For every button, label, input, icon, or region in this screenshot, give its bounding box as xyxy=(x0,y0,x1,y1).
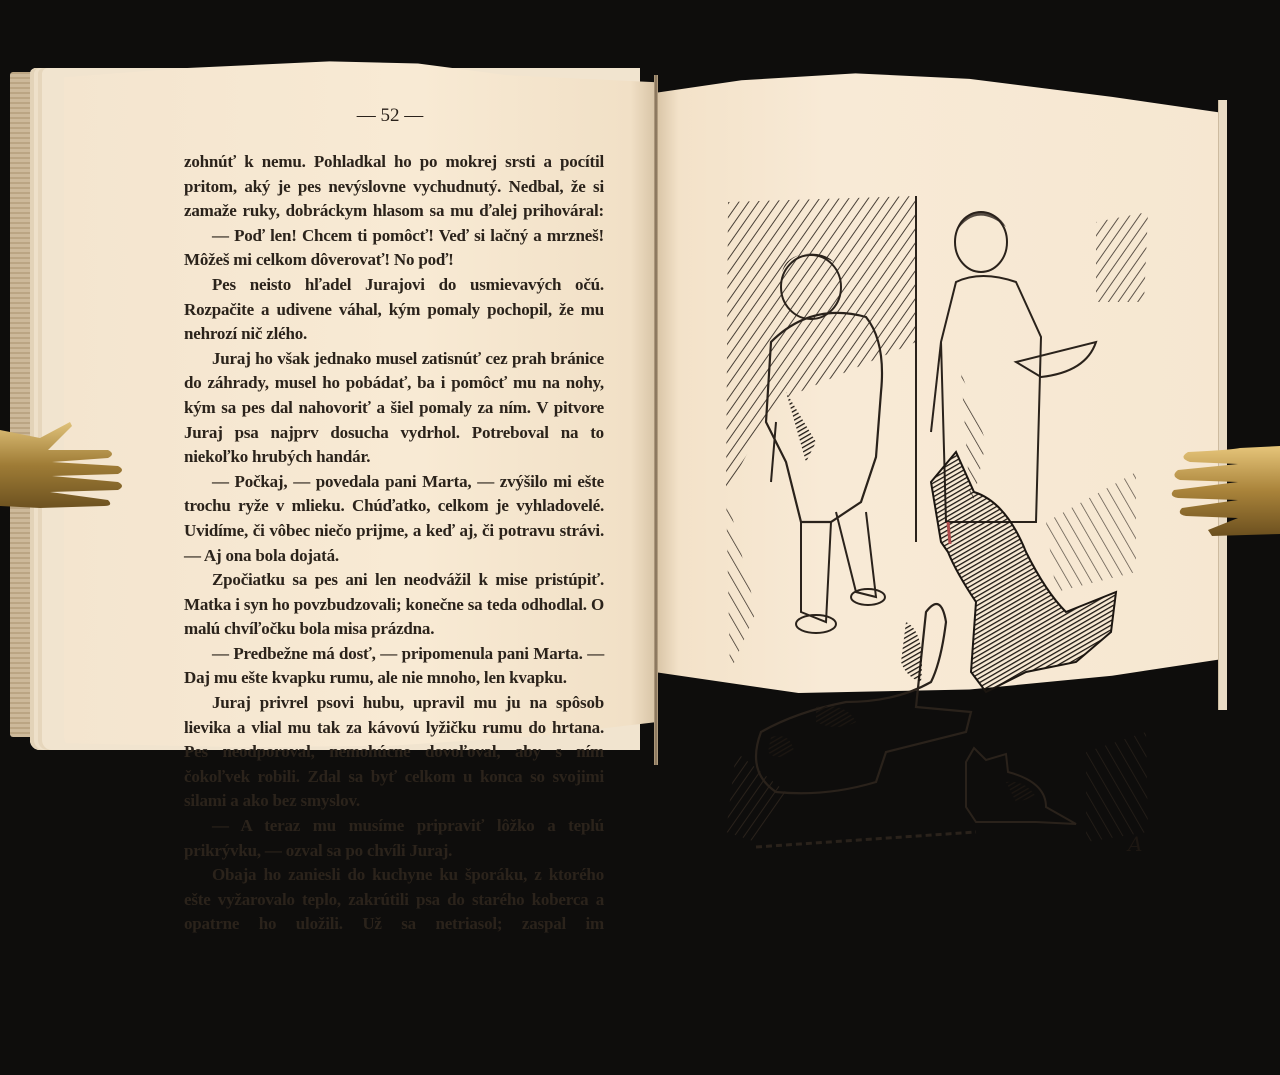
illustration-drawing-icon xyxy=(716,192,1160,852)
paragraph: — Poď len! Chcem ti pomôcť! Veď si lačný… xyxy=(184,224,604,273)
book-photo: — 52 — zohnúť k nemu. Pohladkal ho po mo… xyxy=(0,0,1280,1075)
right-page-stack xyxy=(1218,100,1227,710)
paragraph: — A teraz mu musíme pripraviť lôžko a te… xyxy=(184,814,604,863)
page-number: — 52 — xyxy=(350,105,430,127)
illustrator-signature: A xyxy=(1128,832,1142,856)
paragraph: — Predbežne má dosť, — pripomenula pani … xyxy=(184,642,604,691)
paragraph: Obaja ho zaniesli do kuchyne ku šporáku,… xyxy=(184,863,604,937)
paragraph: — Počkaj, — povedala pani Marta, — zvýši… xyxy=(184,470,604,568)
paragraph: Juraj privrel psovi hubu, upravil mu ju … xyxy=(184,691,604,814)
hand-icon xyxy=(0,410,135,510)
left-brass-hand-holder xyxy=(0,410,135,510)
paragraph: Zpočiatku sa pes ani len neodvážil k mis… xyxy=(184,568,604,642)
ink-illustration xyxy=(716,192,1160,852)
hand-icon xyxy=(1168,438,1280,538)
paragraph: Juraj ho však jednako musel zatisnúť cez… xyxy=(184,347,604,470)
right-brass-hand-holder xyxy=(1168,438,1280,538)
paragraph: Pes neisto hľadel Jurajovi do usmievavýc… xyxy=(184,273,604,347)
book-gutter xyxy=(654,75,658,765)
left-page-text: zohnúť k nemu. Pohladkal ho po mokrej sr… xyxy=(184,150,604,937)
paragraph: zohnúť k nemu. Pohladkal ho po mokrej sr… xyxy=(184,150,604,224)
